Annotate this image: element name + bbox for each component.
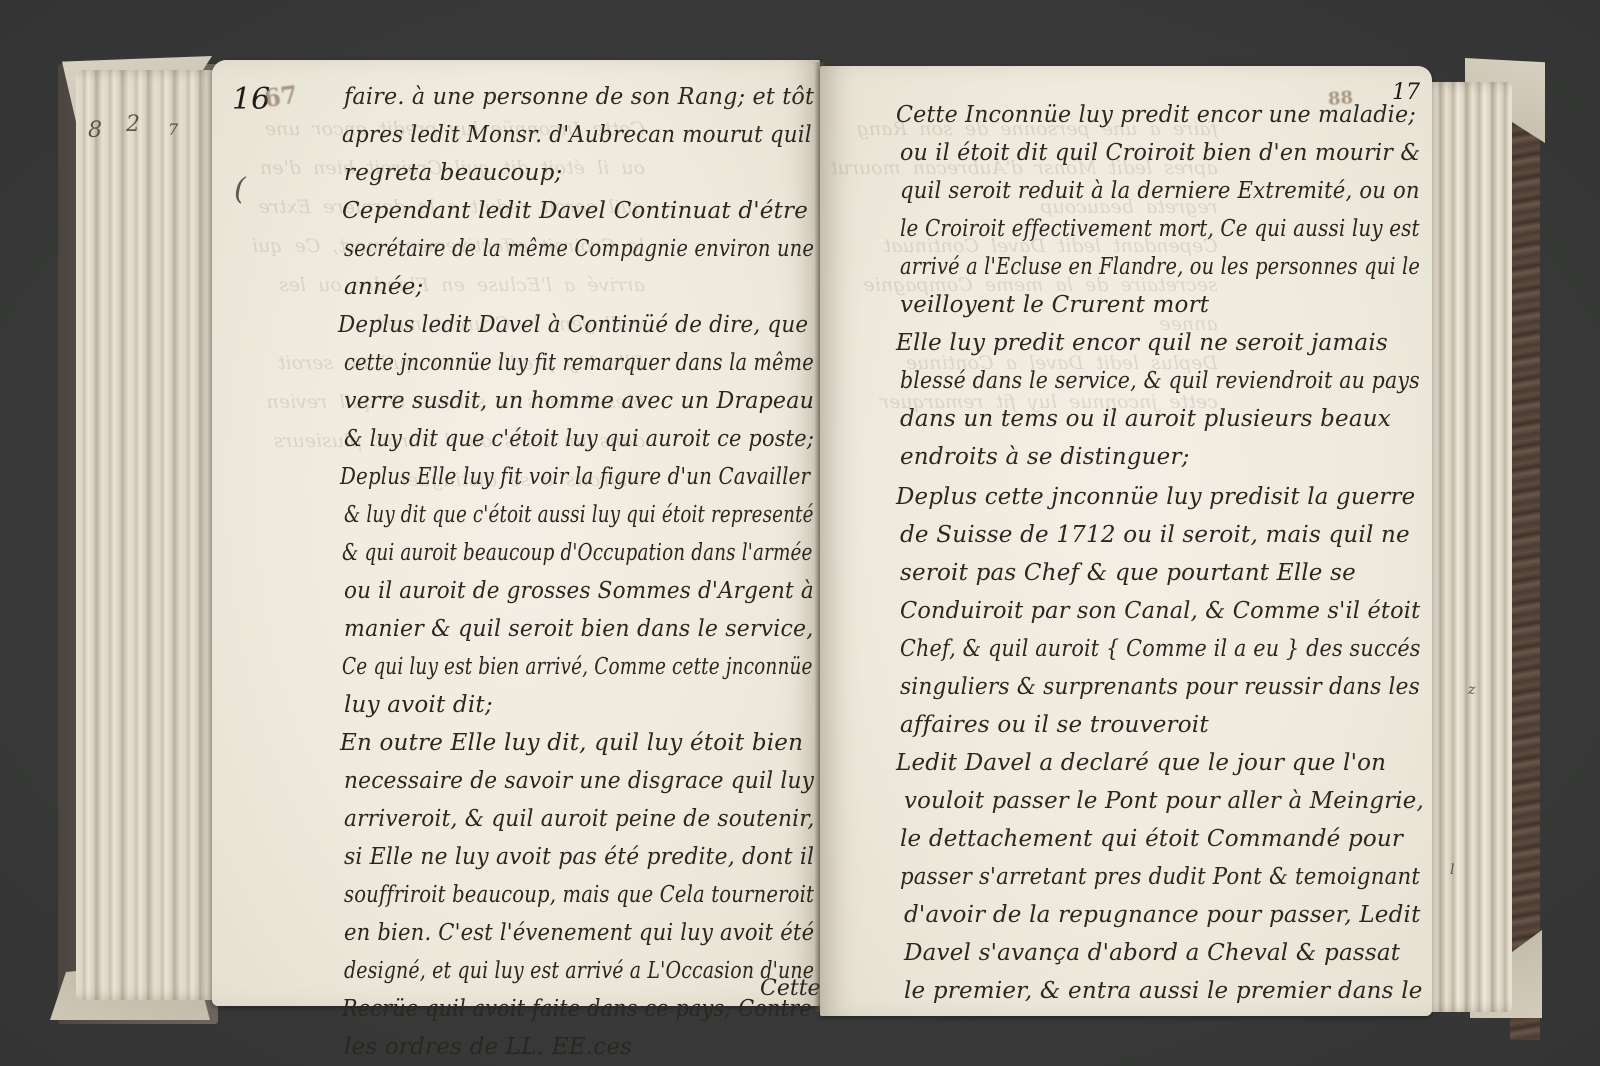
manuscript-line: Recrüe quil avoit faite dans ce pays; Co… bbox=[342, 996, 812, 1022]
left-page-edges: 8 2 7 bbox=[76, 70, 216, 1000]
manuscript-line: blessé dans le service, & quil reviendro… bbox=[900, 368, 1420, 394]
manuscript-line: les ordres de LL. EE.ces bbox=[344, 1034, 632, 1060]
manuscript-line: Ce qui luy est bien arrivé, Comme cette … bbox=[342, 654, 813, 680]
manuscript-line: de Suisse de 1712 ou il seroit, mais qui… bbox=[900, 522, 1410, 548]
manuscript-line: luy avoit dit; bbox=[344, 692, 493, 718]
manuscript-line: arriveroit, & quil auroit peine de soute… bbox=[344, 806, 815, 832]
manuscript-line: & luy dit que c'étoit aussi luy qui étoi… bbox=[344, 502, 814, 528]
right-cover-board-marbled bbox=[1510, 80, 1540, 1040]
manuscript-line: le dettachement qui étoit Commandé pour bbox=[900, 826, 1403, 852]
manuscript-line: designé, et qui luy est arrivé a L'Occas… bbox=[344, 958, 814, 984]
manuscript-line: singuliers & surprenants pour reussir da… bbox=[900, 674, 1420, 700]
manuscript-line: arrivé a l'Ecluse en Flandre, ou les per… bbox=[900, 254, 1420, 280]
manuscript-line: affaires ou il se trouveroit bbox=[900, 712, 1209, 738]
manuscript-line: ou il étoit dit quil Croiroit bien d'en … bbox=[900, 140, 1420, 166]
manuscript-line: faire. à une personne de son Rang; et tô… bbox=[344, 84, 814, 110]
manuscript-line: Davel s'avança d'abord a Cheval & passat bbox=[904, 940, 1400, 966]
edge-note: 2 bbox=[126, 112, 140, 137]
edge-note: 8 bbox=[88, 118, 102, 143]
manuscript-line: Ledit Davel a declaré que le jour que l'… bbox=[896, 750, 1386, 776]
open-book: 8 2 7 ? z l Cette Inconnüe luy predit en… bbox=[0, 0, 1600, 1066]
right-page: faire a une personne de son Rang apres l… bbox=[820, 66, 1432, 1016]
manuscript-line: Conduiroit par son Canal, & Comme s'il é… bbox=[900, 598, 1420, 624]
manuscript-line: passer s'arretant pres dudit Pont & temo… bbox=[900, 864, 1420, 890]
manuscript-line: d'avoir de la repugnance pour passer, Le… bbox=[904, 902, 1421, 928]
manuscript-line: & luy dit que c'étoit luy qui auroit ce … bbox=[344, 426, 814, 452]
manuscript-line: Cependant ledit Davel Continuat d'étre bbox=[342, 198, 808, 224]
manuscript-line: cette jnconnüe luy fit remarquer dans la… bbox=[344, 350, 814, 376]
manuscript-line: necessaire de savoir une disgrace quil l… bbox=[344, 768, 814, 794]
manuscript-line: souffriroit beaucoup, mais que Cela tour… bbox=[344, 882, 814, 908]
manuscript-line: Cette Inconnüe luy predit encor une mala… bbox=[896, 102, 1416, 128]
right-page-edges: ? z l bbox=[1420, 82, 1512, 1012]
manuscript-line: Deplus Elle luy fit voir la figure d'un … bbox=[340, 464, 810, 490]
manuscript-line: Chef, & quil auroit { Comme il a eu } de… bbox=[900, 636, 1421, 662]
manuscript-line: si Elle ne luy avoit pas été predite, do… bbox=[344, 844, 814, 870]
manuscript-line: le premier, & entra aussi le premier dan… bbox=[904, 978, 1423, 1004]
manuscript-line: Deplus cette jnconnüe luy predisit la gu… bbox=[896, 484, 1415, 510]
manuscript-line: en bien. C'est l'évenement qui luy avoit… bbox=[344, 920, 814, 946]
manuscript-line: Deplus ledit Davel à Continüé de dire, q… bbox=[338, 312, 808, 338]
manuscript-line: & qui auroit beaucoup d'Occupation dans … bbox=[342, 540, 813, 566]
manuscript-line: secrétaire de la même Compagnie environ … bbox=[344, 236, 814, 262]
manuscript-line: verre susdit, un homme avec un Drapeau bbox=[344, 388, 814, 414]
manuscript-line: dans un tems ou il auroit plusieurs beau… bbox=[900, 406, 1391, 432]
left-page: Cette Inconnüe luy predit encor une ou i… bbox=[212, 60, 820, 1006]
margin-mark: ( bbox=[234, 172, 246, 207]
manuscript-line: Elle luy predit encor quil ne seroit jam… bbox=[896, 330, 1388, 356]
catchword: Cette bbox=[760, 976, 821, 1001]
edge-note: z bbox=[1468, 682, 1475, 698]
manuscript-line: le Croiroit effectivement mort, Ce qui a… bbox=[900, 216, 1420, 242]
manuscript-line: quil seroit reduit à la derniere Extremi… bbox=[900, 178, 1420, 204]
manuscript-line: vouloit passer le Pont pour aller à Mein… bbox=[904, 788, 1424, 814]
manuscript-line: année; bbox=[344, 274, 424, 300]
manuscript-line: seroit pas Chef & que pourtant Elle se bbox=[900, 560, 1356, 586]
manuscript-line: regreta beaucoup; bbox=[344, 160, 562, 186]
manuscript-line: endroits à se distinguer; bbox=[900, 444, 1190, 470]
edge-note: l bbox=[1450, 862, 1454, 878]
manuscript-line: veilloyent le Crurent mort bbox=[900, 292, 1209, 318]
manuscript-line: ou il auroit de grosses Sommes d'Argent … bbox=[344, 578, 814, 604]
edge-note: 7 bbox=[168, 120, 178, 139]
archive-stamp: 67 bbox=[262, 80, 299, 113]
manuscript-line: apres ledit Monsr. d'Aubrecan mourut qui… bbox=[342, 122, 812, 148]
manuscript-line: En outre Elle luy dit, quil luy étoit bi… bbox=[340, 730, 803, 756]
manuscript-line: manier & quil seroit bien dans le servic… bbox=[344, 616, 813, 642]
